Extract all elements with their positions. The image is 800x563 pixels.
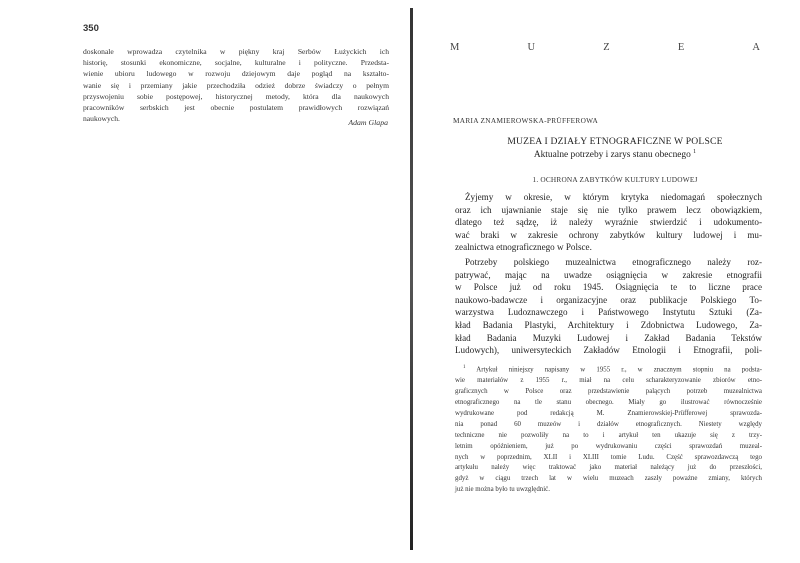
text-line: kład Badania Muzyki Ludowej i Zakład Bad… <box>455 332 762 345</box>
text-line: naukowo-badawcze i organizacyjne oraz pu… <box>455 294 762 307</box>
text-line: patrywać, mając na uwadze osiągnięcia w … <box>455 269 762 282</box>
footnote-mark: 1 <box>463 365 466 370</box>
paragraph-1: Żyjemy w okresie, w którym krytyka niedo… <box>455 191 762 254</box>
article-author: MARIA ZNAMIEROWSKA-PRÜFFEROWA <box>453 116 598 125</box>
footnote: 1 Artykuł niniejszy napisany w 1955 r., … <box>455 363 762 496</box>
text-line: historię, stosunki ekonomiczne, socjalne… <box>83 57 389 68</box>
text-line: wydrukowane pod redakcją M. Znamierowski… <box>455 409 762 420</box>
text-line: dlatego też sądzę, iż należy wyraźnie st… <box>455 216 762 229</box>
chapter-heading: 1. OCHRONA ZABYTKÓW KULTURY LUDOWEJ <box>410 175 800 184</box>
text-line: kład Badania Plastyki, Architektury i Zd… <box>455 319 762 332</box>
text-line: wać braki w zakresie ochrony zabytków ku… <box>455 229 762 242</box>
text-line: doskonale wprowadza czytelnika w piękny … <box>83 46 389 57</box>
text-line: Ludowych), uniwersyteckich Zakładów Etno… <box>455 344 762 357</box>
article-title: MUZEA I DZIAŁY ETNOGRAFICZNE W POLSCE <box>410 136 800 147</box>
section-letter: M <box>450 42 459 53</box>
text-line: wie materiałów z 1955 r., miał na celu s… <box>455 376 762 387</box>
paragraph-2: Potrzeby polskiego muzealnictwa etnograf… <box>455 256 762 357</box>
text-line: naukowych. <box>83 113 389 124</box>
text-line: pracowników serbskich jest obecnie postu… <box>83 102 389 113</box>
footnote-text: Artykuł niniejszy napisany w 1955 r., w … <box>476 366 762 373</box>
right-page: M U Z E A MARIA ZNAMIEROWSKA-PRÜFFEROWA … <box>410 0 800 563</box>
text-line: Potrzeby polskiego muzealnictwa etnograf… <box>455 256 762 269</box>
text-line: w Polsce już od roku 1945. Osiągnięcia t… <box>455 281 762 294</box>
text-line: warzystwa Ludoznawczego i Państwowego In… <box>455 306 762 319</box>
article-subtitle: Aktualne potrzeby i zarys stanu obecnego… <box>410 149 800 160</box>
text-line: nia ponad 60 muzeów i działów etnografic… <box>455 420 762 431</box>
left-page-text: doskonale wprowadza czytelnika w piękny … <box>83 46 389 124</box>
text-line: etnograficznego na tle stanu obecnego. M… <box>455 398 762 409</box>
text-line: Żyjemy w okresie, w którym krytyka niedo… <box>455 191 762 204</box>
text-line: nych w poprzednim, XLII i XLIII tomie Lu… <box>455 453 762 464</box>
text-line: techniczne nie pozwoliły na to i artykuł… <box>455 431 762 442</box>
left-page: 350 doskonale wprowadza czytelnika w pię… <box>0 0 410 563</box>
text-line: zealnictwa etnograficznego w Polsce. <box>455 241 762 254</box>
text-line: graficznych w Polsce oraz przedstawienie… <box>455 387 762 398</box>
footnote-reference: 1 <box>693 149 696 155</box>
author-signature: Adam Glapa <box>348 118 388 127</box>
text-line: 1 Artykuł niniejszy napisany w 1955 r., … <box>455 363 762 376</box>
text-line: gdyż w ciągu trzech lat w wielu muzeach … <box>455 474 762 485</box>
subtitle-text: Aktualne potrzeby i zarys stanu obecnego <box>534 150 691 160</box>
section-heading: M U Z E A <box>450 42 760 53</box>
page-number: 350 <box>83 23 99 34</box>
text-line: letnim opóźnieniem, już po wydrukowaniu … <box>455 442 762 453</box>
section-letter: E <box>678 42 684 53</box>
text-line: przyswojeniu sobie postępowej, historycz… <box>83 91 389 102</box>
section-letter: U <box>528 42 536 53</box>
text-line: artykułu należy więc traktować jako mate… <box>455 463 762 474</box>
section-letter: Z <box>603 42 609 53</box>
text-line: już nie można było tu uwzględnić. <box>455 485 762 496</box>
text-line: wienie ubioru ludowego w rozwoju dziejow… <box>83 68 389 79</box>
text-line: wanie się i przemiany jakie przechodziła… <box>83 80 389 91</box>
section-letter: A <box>752 42 760 53</box>
text-line: oraz ich ujawnianie staje się nie tylko … <box>455 204 762 217</box>
